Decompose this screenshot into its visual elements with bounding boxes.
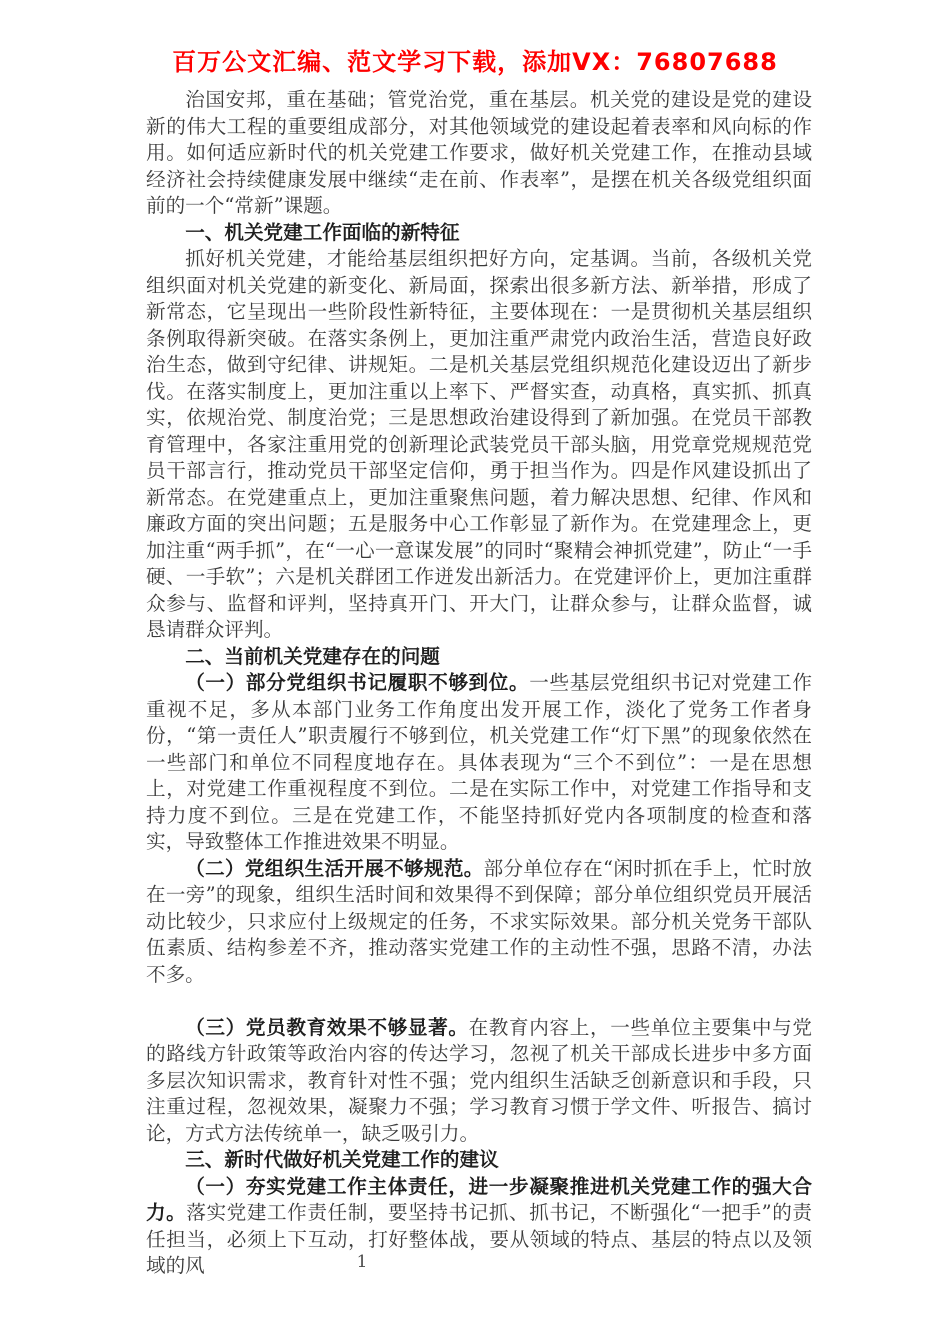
document-body[interactable]: 治国安邦，重在基础；管党治党，重在基层。机关党的建设是党的建设新的伟大工程的重要… [146,87,812,1280]
paragraph-text: 落实党建工作责任制，要坚持书记抓、抓书记，不断强化“一把手”的责任担当，必须上下… [146,1201,812,1277]
heading-text: 二、当前机关党建存在的问题 [185,645,440,668]
paragraph-lead-bold: （二）党组织生活开展不够规范。 [185,857,483,880]
paragraph-text: 治国安邦，重在基础；管党治党，重在基层。机关党的建设是党的建设新的伟大工程的重要… [146,88,812,217]
paragraph: （一）部分党组织书记履职不够到位。一些基层党组织书记对党建工作重视不足，多从本部… [146,670,812,856]
paragraph: 治国安邦，重在基础；管党治党，重在基层。机关党的建设是党的建设新的伟大工程的重要… [146,87,812,220]
paragraph: （一）夯实党建工作主体责任，进一步凝聚推进机关党建工作的强大合力。落实党建工作责… [146,1174,812,1280]
paragraph-text: 抓好机关党建，才能给基层组织把好方向，定基调。当前，各级机关党组织面对机关党建的… [146,247,812,641]
document-page: 百万公文汇编、范文学习下载，添加VX：76807688 治国安邦，重在基础；管党… [0,0,950,1344]
ad-notice-banner: 百万公文汇编、范文学习下载，添加VX：76807688 [0,42,950,77]
page-number: 1 [352,1250,372,1274]
heading-text: 一、机关党建工作面临的新特征 [185,221,459,244]
paragraph-lead-bold: （三）党员教育效果不够显著。 [185,1016,468,1039]
section-heading: 一、机关党建工作面临的新特征 [146,220,812,247]
section-heading: 二、当前机关党建存在的问题 [146,644,812,671]
paragraph: （三）党员教育效果不够显著。在教育内容上，一些单位主要集中与党的路线方针政策等政… [146,1015,812,1148]
heading-text: 三、新时代做好机关党建工作的建议 [185,1148,499,1171]
section-heading: 三、新时代做好机关党建工作的建议 [146,1147,812,1174]
paragraph: （二）党组织生活开展不够规范。部分单位存在“闲时抓在手上，忙时放在一旁”的现象，… [146,856,812,989]
paragraph-lead-bold: （一）部分党组织书记履职不够到位。 [185,671,529,694]
paragraph: 抓好机关党建，才能给基层组织把好方向，定基调。当前，各级机关党组织面对机关党建的… [146,246,812,644]
paragraph-text: 一些基层党组织书记对党建工作重视不足，多从本部门业务工作角度出发开展工作，淡化了… [146,671,812,853]
